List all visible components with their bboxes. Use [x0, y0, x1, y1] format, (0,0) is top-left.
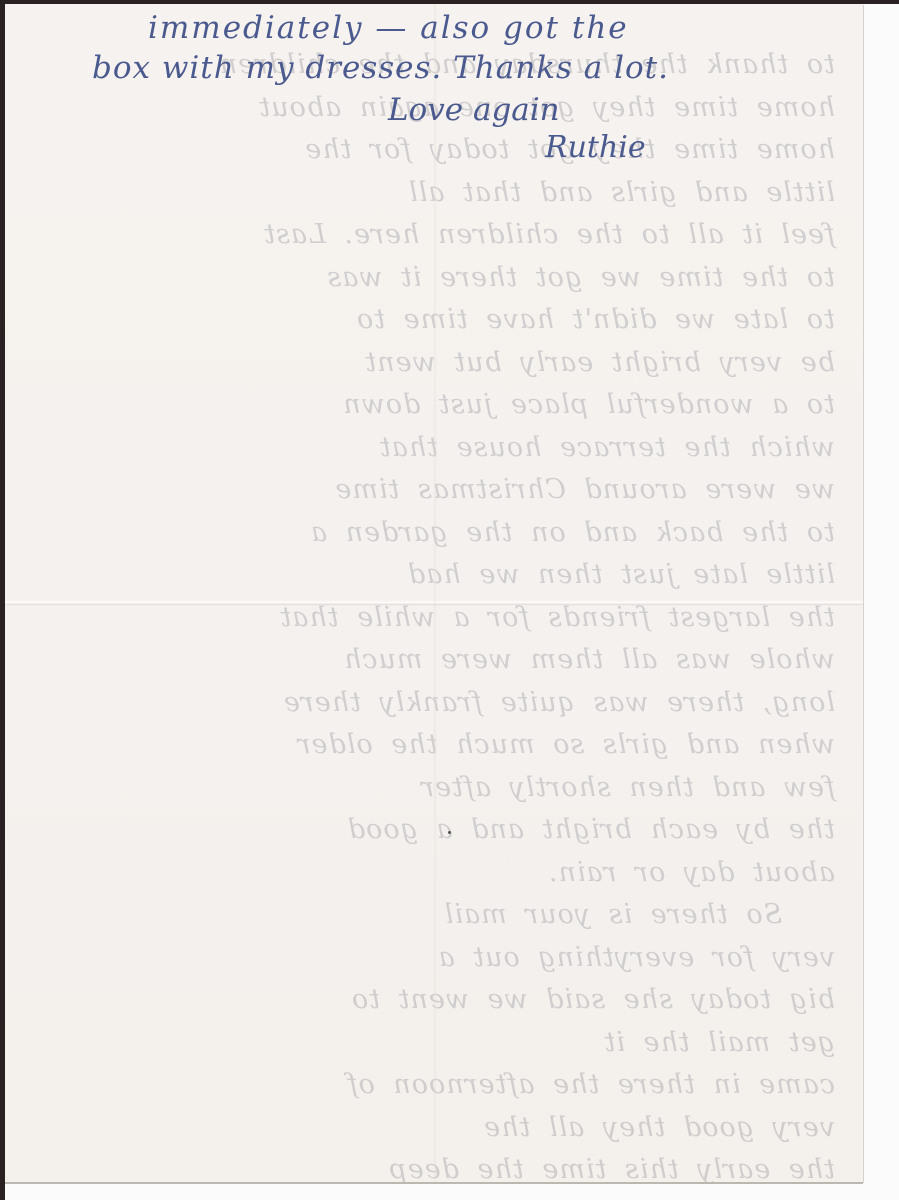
ink-speck — [448, 831, 451, 834]
letter-signature: Ruthie — [545, 130, 646, 165]
vertical-fold-crease — [433, 4, 437, 1182]
letter-line-1: immediately — also got the — [148, 10, 629, 46]
paper-bottom-edge — [5, 1182, 863, 1184]
letter-closing: Love again — [388, 92, 560, 128]
letter-line-2: box with my dresses. Thanks a lot. — [92, 50, 669, 86]
letter-page: to thank the thursday and the children h… — [5, 4, 863, 1182]
